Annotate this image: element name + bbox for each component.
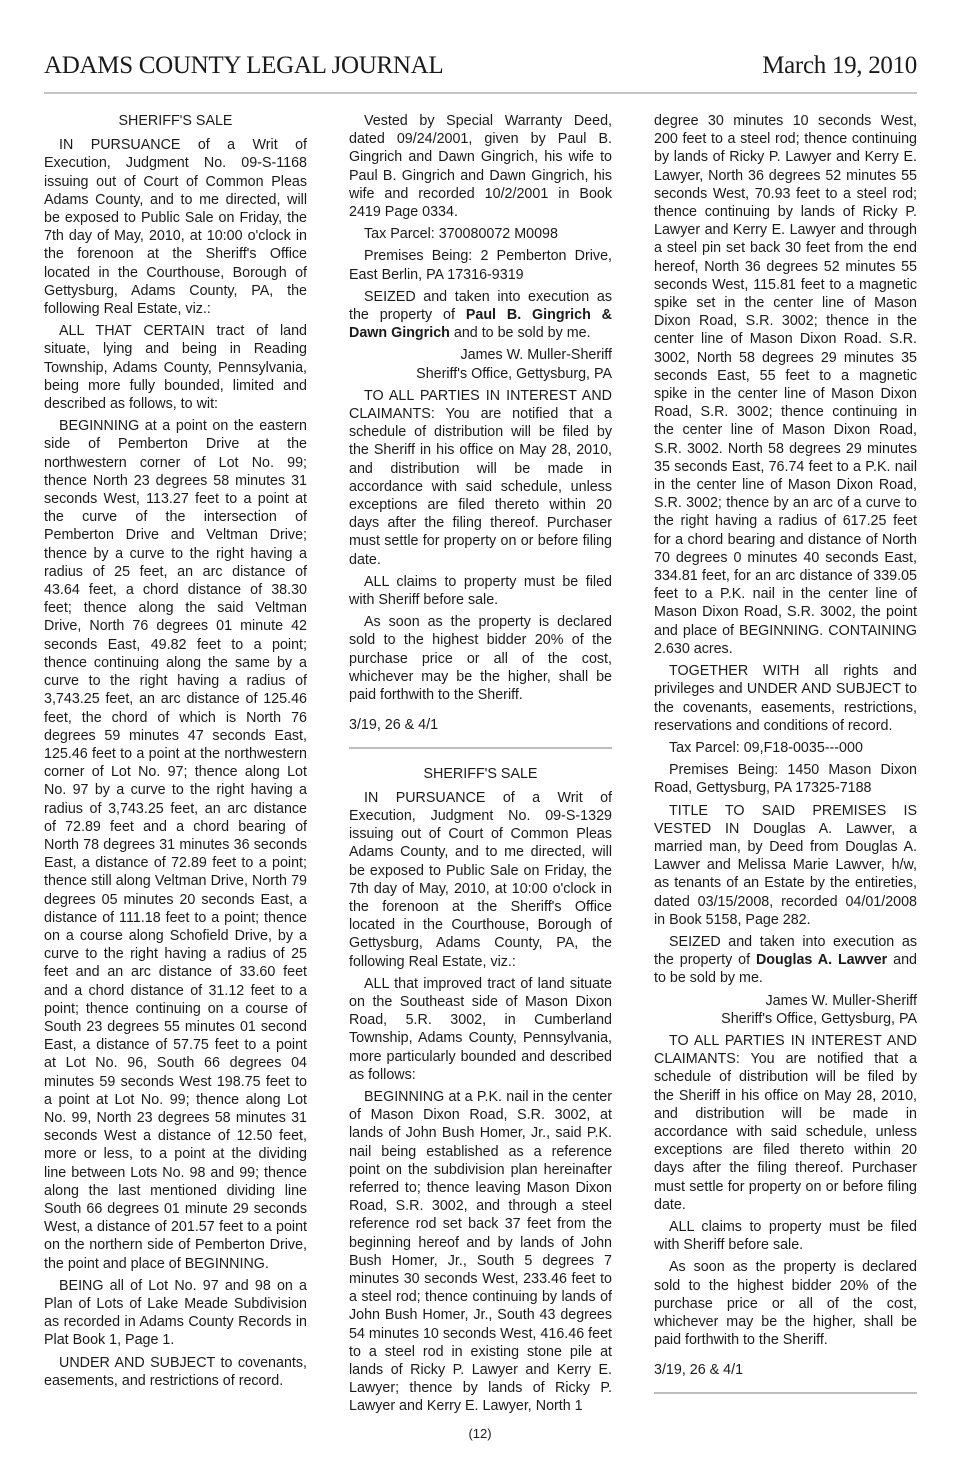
- sheriff-office: Sheriff's Office, Gettysburg, PA: [349, 365, 612, 383]
- tax-parcel: Tax Parcel: 370080072 M0098: [349, 225, 612, 243]
- metes-bounds-paragraph: BEGINNING at a P.K. nail in the center o…: [349, 1088, 612, 1416]
- sheriff-name: James W. Muller-Sheriff: [654, 992, 917, 1010]
- section-divider: [349, 747, 612, 749]
- seized-suffix: and to be sold by me.: [450, 325, 591, 341]
- notice-paragraph: TO ALL PARTIES IN INTEREST AND CLAIMANTS…: [654, 1032, 917, 1214]
- sheriff-name: James W. Muller-Sheriff: [349, 346, 612, 364]
- premises-address: Premises Being: 2 Pemberton Drive, East …: [349, 247, 612, 283]
- seized-paragraph: SEIZED and taken into execution as the p…: [654, 933, 917, 988]
- pursuance-paragraph: IN PURSUANCE of a Writ of Execution, Jud…: [44, 136, 307, 318]
- section-divider: [654, 1392, 917, 1394]
- payment-paragraph: As soon as the property is declared sold…: [349, 613, 612, 704]
- sheriff-office: Sheriff's Office, Gettysburg, PA: [654, 1010, 917, 1028]
- run-dates: 3/19, 26 & 4/1: [654, 1361, 917, 1379]
- run-dates: 3/19, 26 & 4/1: [349, 716, 612, 734]
- column-1: SHERIFF'S SALE IN PURSUANCE of a Writ of…: [44, 112, 307, 1394]
- under-subject-paragraph: UNDER AND SUBJECT to covenants, easement…: [44, 1354, 307, 1390]
- journal-title: ADAMS COUNTY LEGAL JOURNAL: [44, 52, 443, 80]
- claims-paragraph: ALL claims to property must be filed wit…: [349, 573, 612, 609]
- sale-heading: SHERIFF'S SALE: [349, 765, 612, 783]
- issue-date: March 19, 2010: [762, 52, 917, 80]
- sale-heading: SHERIFF'S SALE: [44, 112, 307, 130]
- vested-paragraph: Vested by Special Warranty Deed, dated 0…: [349, 112, 612, 221]
- notice-paragraph: TO ALL PARTIES IN INTEREST AND CLAIMANTS…: [349, 387, 612, 569]
- column-3: degree 30 minutes 10 seconds West, 200 f…: [654, 112, 917, 1410]
- being-lot-paragraph: BEING all of Lot No. 97 and 98 on a Plan…: [44, 1277, 307, 1350]
- together-with-paragraph: TOGETHER WITH all rights and privileges …: [654, 662, 917, 735]
- tract-paragraph: ALL that improved tract of land situate …: [349, 975, 612, 1084]
- payment-paragraph: As soon as the property is declared sold…: [654, 1258, 917, 1349]
- pursuance-paragraph: IN PURSUANCE of a Writ of Execution, Jud…: [349, 789, 612, 971]
- claims-paragraph: ALL claims to property must be filed wit…: [654, 1218, 917, 1254]
- tax-parcel: Tax Parcel: 09,F18-0035---000: [654, 739, 917, 757]
- column-2: Vested by Special Warranty Deed, dated 0…: [349, 112, 612, 1420]
- title-vested-paragraph: TITLE TO SAID PREMISES IS VESTED IN Doug…: [654, 802, 917, 929]
- metes-bounds-continued: degree 30 minutes 10 seconds West, 200 f…: [654, 112, 917, 658]
- tract-paragraph: ALL THAT CERTAIN tract of land situate, …: [44, 322, 307, 413]
- premises-address: Premises Being: 1450 Mason Dixon Road, G…: [654, 761, 917, 797]
- masthead: ADAMS COUNTY LEGAL JOURNAL March 19, 201…: [44, 52, 917, 94]
- page-number: (12): [0, 1426, 960, 1441]
- seized-paragraph: SEIZED and taken into execution as the p…: [349, 288, 612, 343]
- metes-bounds-paragraph: BEGINNING at a point on the eastern side…: [44, 417, 307, 1273]
- property-owner: Douglas A. Lawver: [756, 952, 887, 968]
